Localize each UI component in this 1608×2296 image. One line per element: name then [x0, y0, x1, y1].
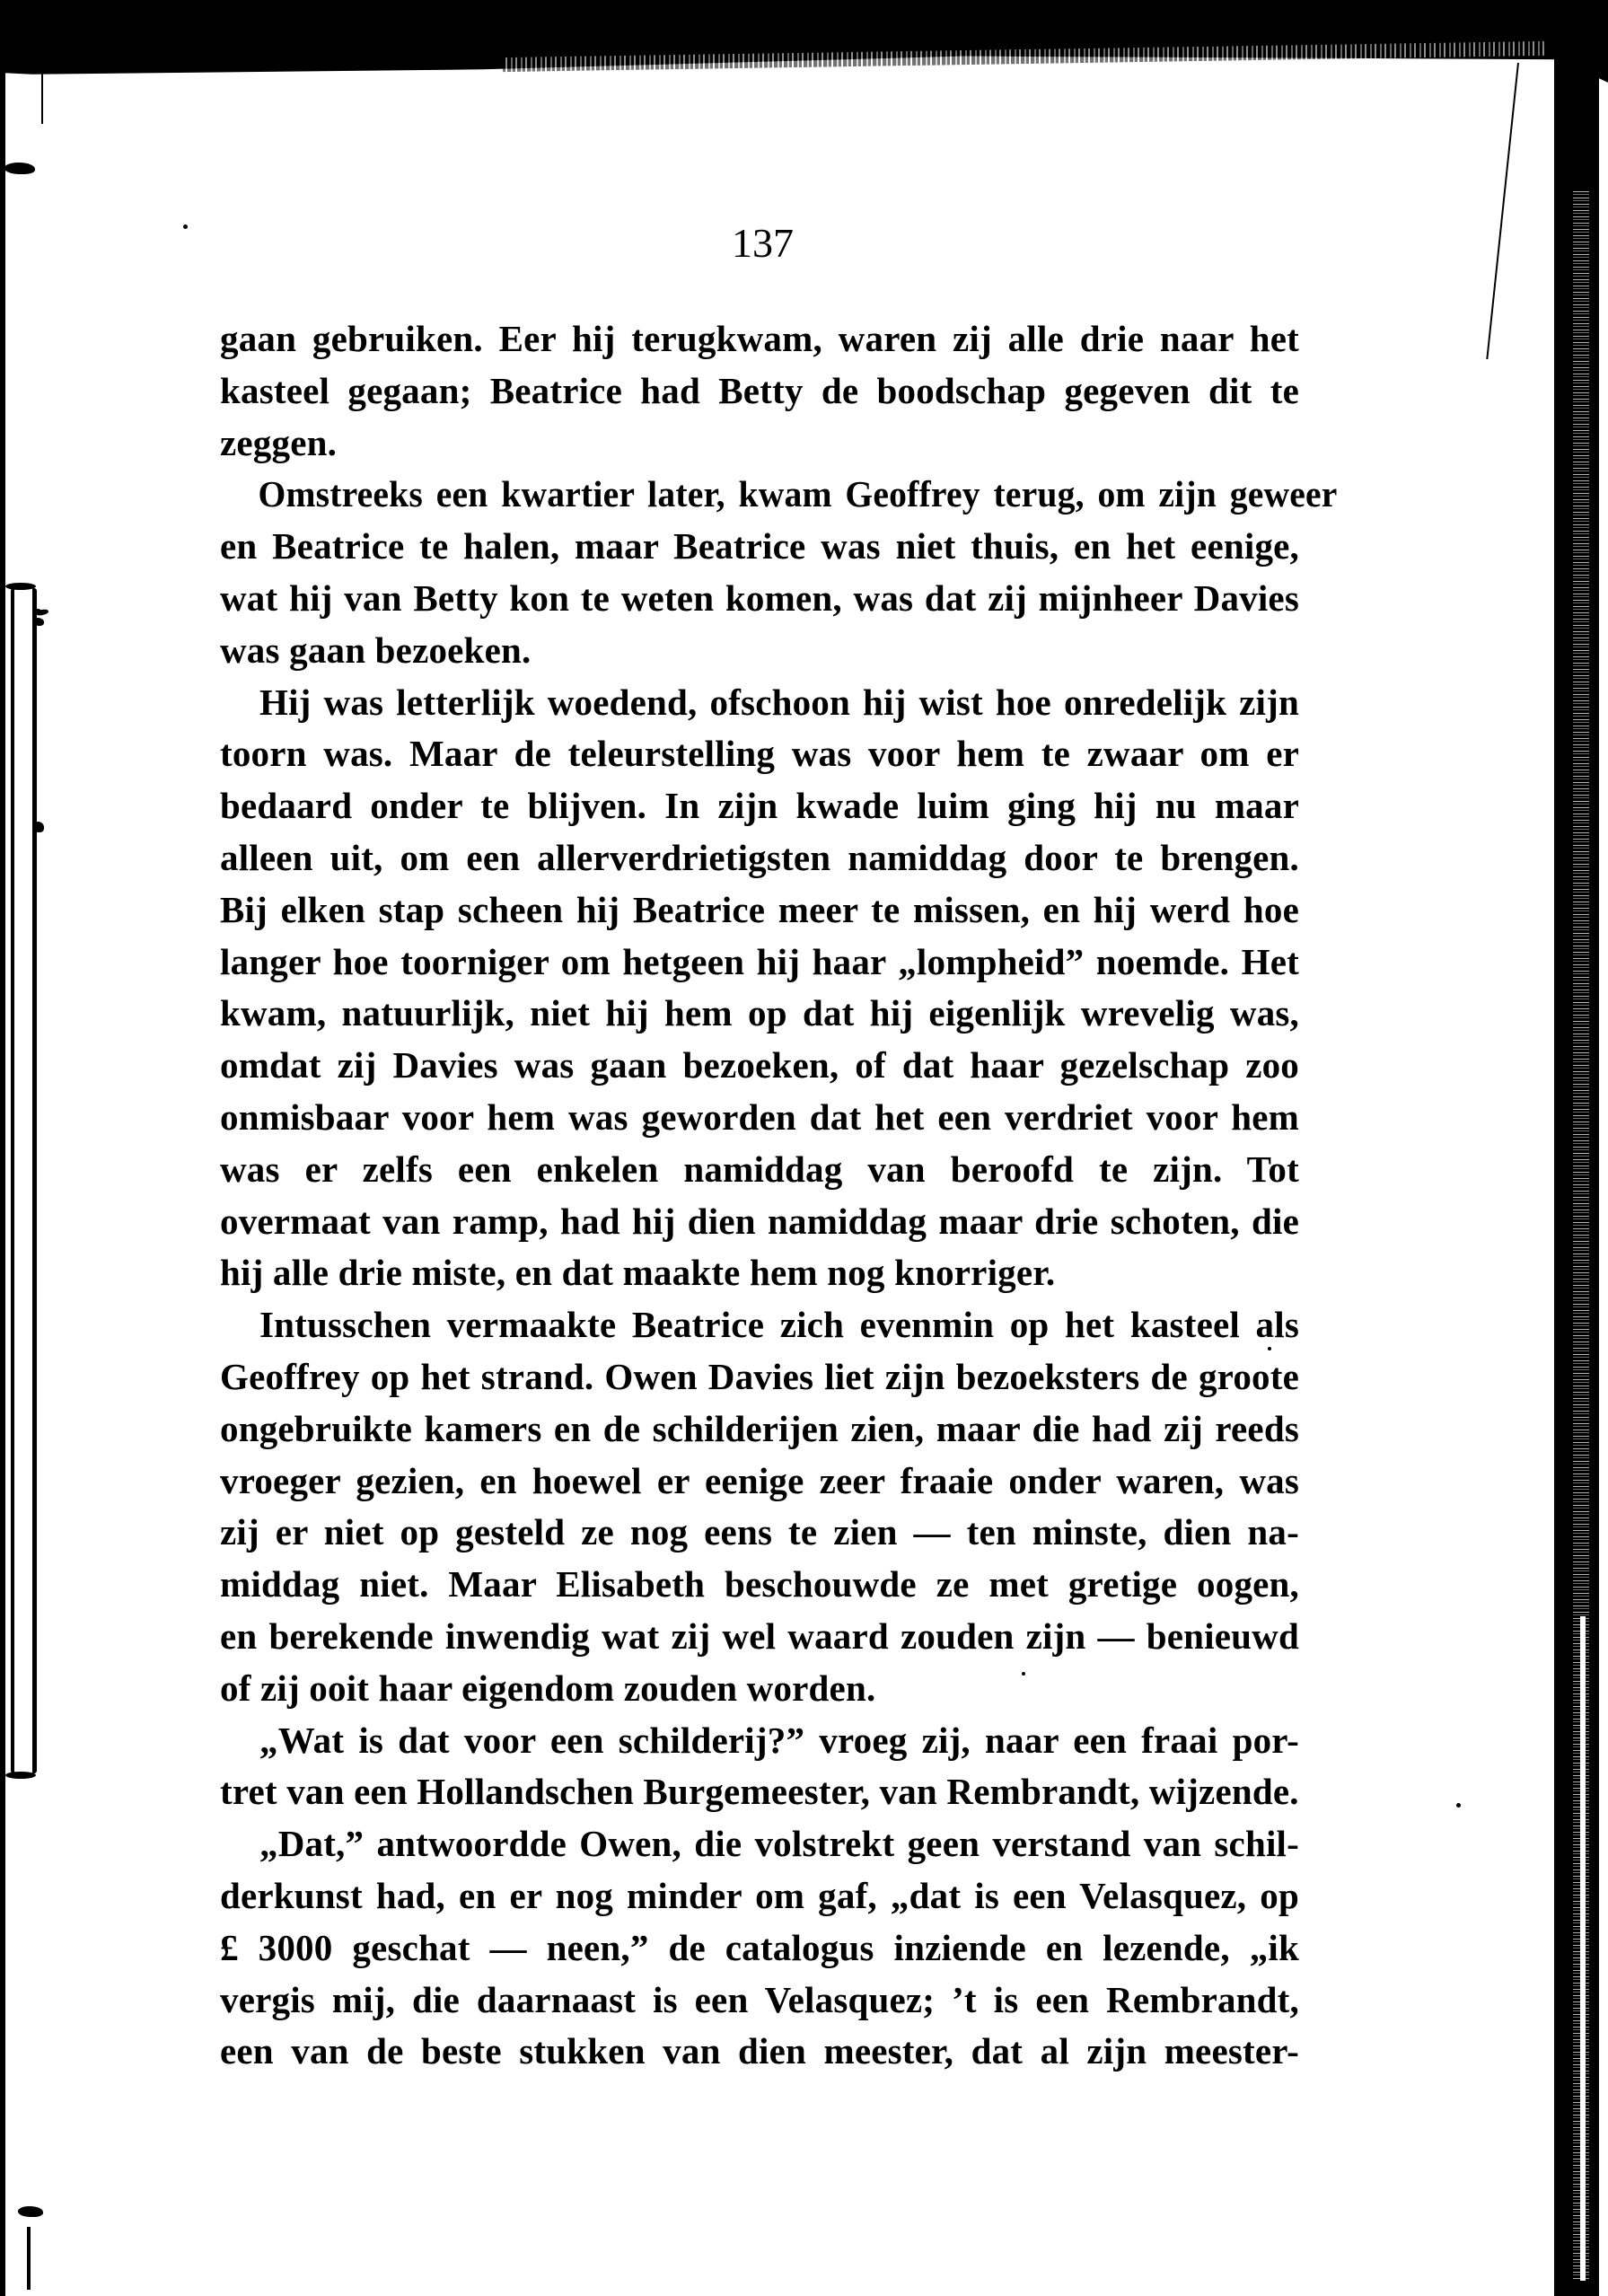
text-line: langer hoe toorniger om hetgeen hij haar…: [220, 937, 1299, 989]
text-line: onmisbaar voor hem was geworden dat het …: [220, 1092, 1299, 1144]
text-line: was er zelfs een enkelen namiddag van be…: [220, 1144, 1299, 1196]
text-line: alleen uit, om een allerverdrietigsten n…: [220, 832, 1299, 884]
text-line: overmaat van ramp, had hij dien namiddag…: [220, 1196, 1299, 1248]
text-line: of zij ooit haar eigendom zouden worden.: [220, 1663, 1299, 1715]
scan-right-crease-line: [1486, 63, 1519, 359]
text-line: Hij was letterlijk woedend, ofschoon hij…: [220, 677, 1299, 729]
text-line: middag niet. Maar Elisabeth beschouwde z…: [220, 1559, 1299, 1611]
text-line: „Dat,” antwoordde Owen, die volstrekt ge…: [220, 1818, 1299, 1870]
text-line: Geoffrey op het strand. Owen Davies liet…: [220, 1351, 1299, 1403]
paragraph: Intusschen vermaakte Beatrice zich evenm…: [220, 1299, 1299, 1714]
text-line: derkunst had, en er nog minder om gaf, „…: [220, 1870, 1299, 1922]
text-line: tret van een Hollandschen Burgemeester, …: [220, 1766, 1299, 1818]
text-line: Omstreeks een kwartier later, kwam Geoff…: [220, 469, 1338, 521]
text-line: en Beatrice te halen, maar Beatrice was …: [220, 521, 1299, 573]
scan-left-crease-line: [41, 74, 43, 124]
text-line: Intusschen vermaakte Beatrice zich evenm…: [220, 1299, 1299, 1351]
margin-blob-top: [4, 163, 35, 174]
paragraph: Hij was letterlijk woedend, ofschoon hij…: [220, 677, 1299, 1300]
text-line: zij er niet op gesteld ze nog eens te zi…: [220, 1507, 1299, 1559]
text-line: zeggen.: [220, 418, 1299, 470]
scan-top-dark-band: [0, 0, 1608, 83]
paragraph: „Wat is dat voor een schilderij?” vroeg …: [220, 1715, 1299, 1819]
text-line: kasteel gegaan; Beatrice had Betty de bo…: [220, 365, 1299, 418]
scan-left-edge: [0, 0, 5, 2296]
page-number-text: 137: [732, 220, 794, 267]
paragraph: „Dat,” antwoordde Owen, die volstrekt ge…: [220, 1818, 1299, 2078]
text-line: Bij elken stap scheen hij Beatrice meer …: [220, 884, 1299, 937]
text-line: ongebruikte kamers en de schilderijen zi…: [220, 1403, 1299, 1456]
margin-bracket-mark: [11, 588, 37, 1773]
margin-blob-bottom: [18, 2206, 43, 2217]
text-line: hij alle drie miste, en dat maakte hem n…: [220, 1247, 1299, 1299]
speck: [183, 224, 188, 229]
text-line: bedaard onder te blijven. In zijn kwade …: [220, 780, 1299, 832]
body-text: gaan gebruiken. Eer hij terugkwam, waren…: [220, 313, 1299, 2078]
text-line: vroeger gezien, en hoewel er eenige zeer…: [220, 1456, 1299, 1508]
text-line: vergis mij, die daarnaast is een Velasqu…: [220, 1975, 1299, 2027]
paragraph: Omstreeks een kwartier later, kwam Geoff…: [220, 469, 1299, 676]
text-line: was gaan bezoeken.: [220, 625, 1299, 677]
text-line: toorn was. Maar de teleurstelling was vo…: [220, 728, 1299, 780]
text-line: „Wat is dat voor een schilderij?” vroeg …: [220, 1715, 1299, 1767]
text-line: wat hij van Betty kon te weten komen, wa…: [220, 573, 1299, 625]
text-line: £ 3000 geschat — neen,” de catalogus inz…: [220, 1922, 1299, 1975]
text-line: kwam, natuurlijk, niet hij hem op dat hi…: [220, 988, 1299, 1040]
text-line: een van de beste stukken van dien meeste…: [220, 2026, 1299, 2078]
text-line: en berekende inwendig wat zij wel waard …: [220, 1611, 1299, 1663]
speck: [1456, 1803, 1461, 1808]
scan-right-gap: [1580, 1616, 1586, 2281]
text-line: gaan gebruiken. Eer hij terugkwam, waren…: [220, 313, 1299, 365]
paragraph: gaan gebruiken. Eer hij terugkwam, waren…: [220, 313, 1299, 469]
margin-stub-bottom: [27, 2227, 31, 2290]
text-line: omdat zij Davies was gaan bezoeken, of d…: [220, 1040, 1299, 1092]
